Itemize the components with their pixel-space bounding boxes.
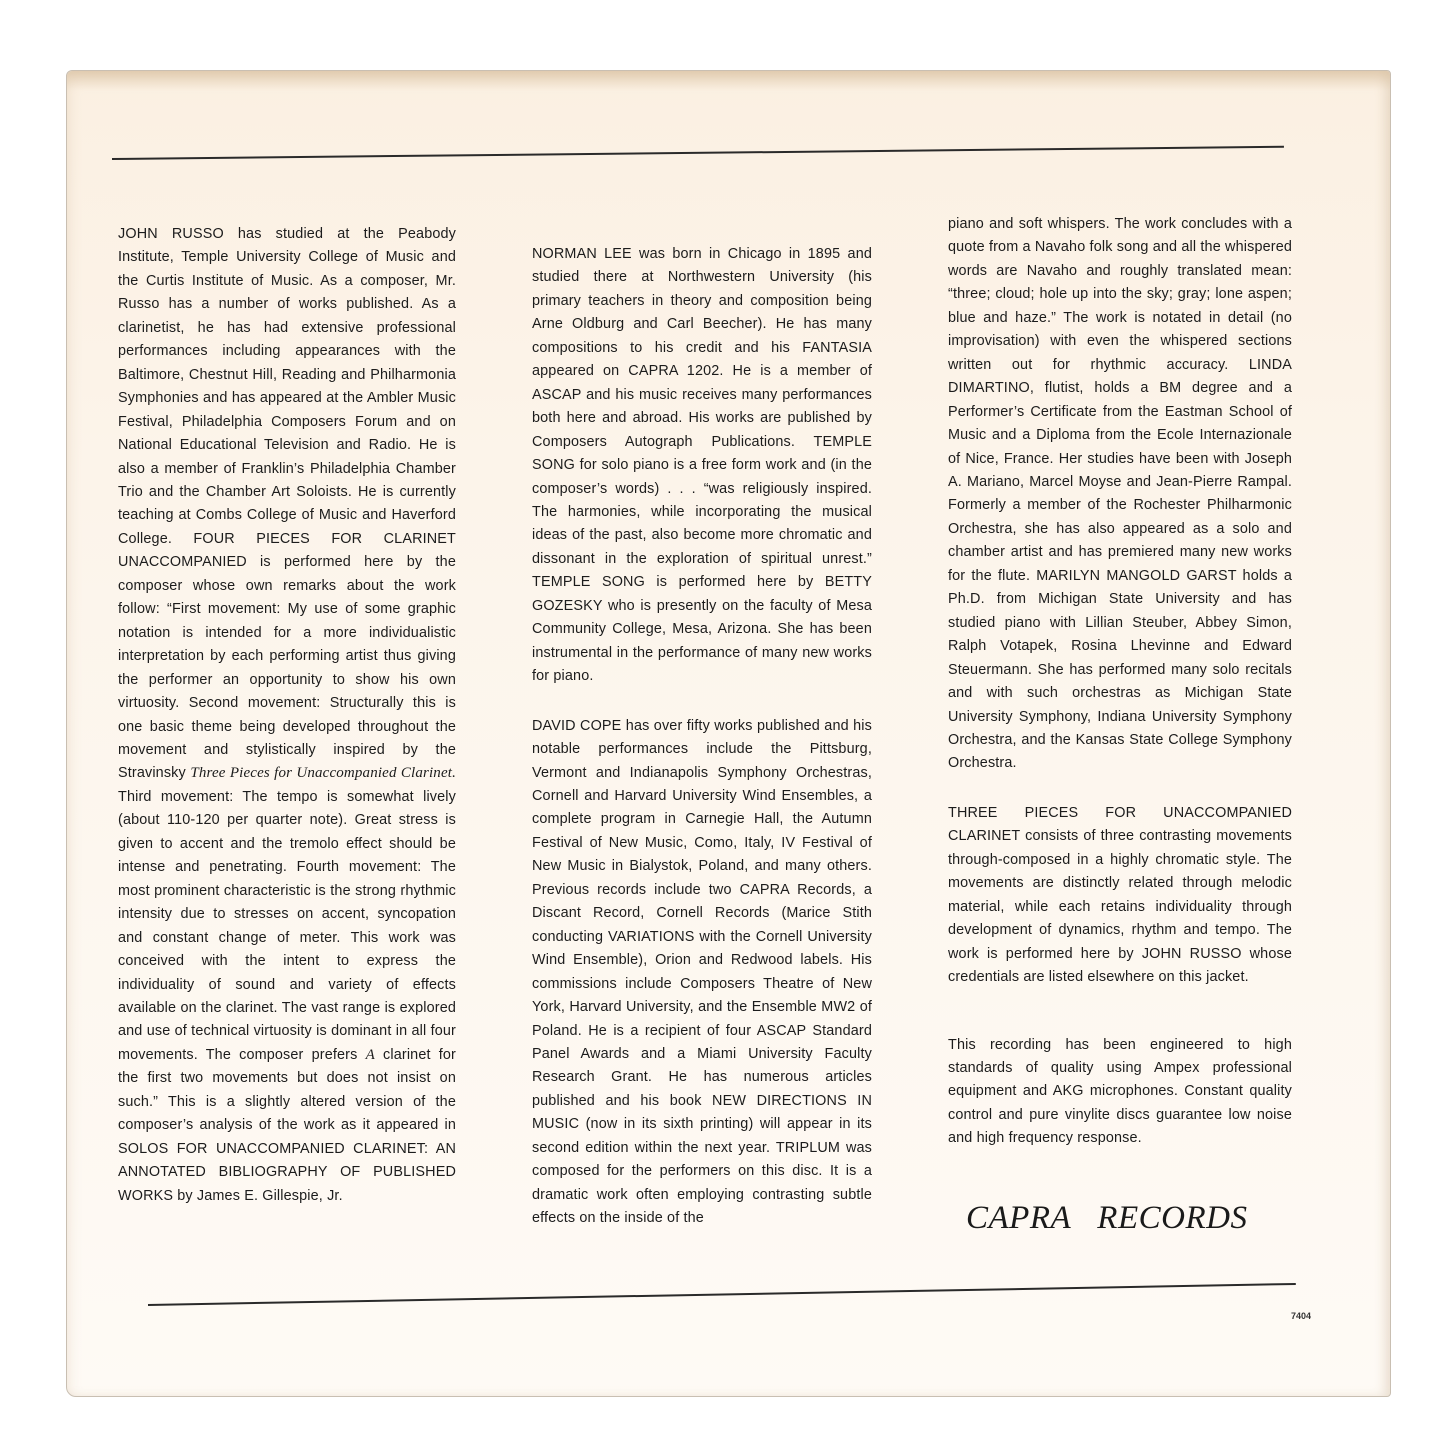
- triplum-performers-paragraph: piano and soft whispers. The work conclu…: [948, 213, 1292, 776]
- three-pieces-paragraph: THREE PIECES FOR UNACCOMPANIED CLARINET …: [948, 802, 1292, 990]
- capra-records-logo: CAPRA RECORDS: [966, 1200, 1247, 1237]
- clarinet-key-italic: A: [366, 1047, 375, 1063]
- david-cope-paragraph: DAVID COPE has over fifty works publishe…: [532, 715, 872, 1231]
- column-norman-lee-david-cope: NORMAN LEE was born in Chicago in 1895 a…: [532, 243, 872, 1231]
- column-john-russo: JOHN RUSSO has studied at the Peabody In…: [118, 223, 456, 1208]
- john-russo-paragraph: JOHN RUSSO has studied at the Peabody In…: [118, 223, 456, 1208]
- norman-lee-paragraph: NORMAN LEE was born in Chicago in 1895 a…: [532, 243, 872, 689]
- column-triplum-performers: piano and soft whispers. The work conclu…: [948, 213, 1292, 1151]
- catalog-number: 7404: [1291, 1311, 1311, 1321]
- work-title-italic: Three Pieces for Unaccompanied Clarinet.: [190, 765, 456, 781]
- recording-quality-paragraph: This recording has been engineered to hi…: [948, 1034, 1292, 1151]
